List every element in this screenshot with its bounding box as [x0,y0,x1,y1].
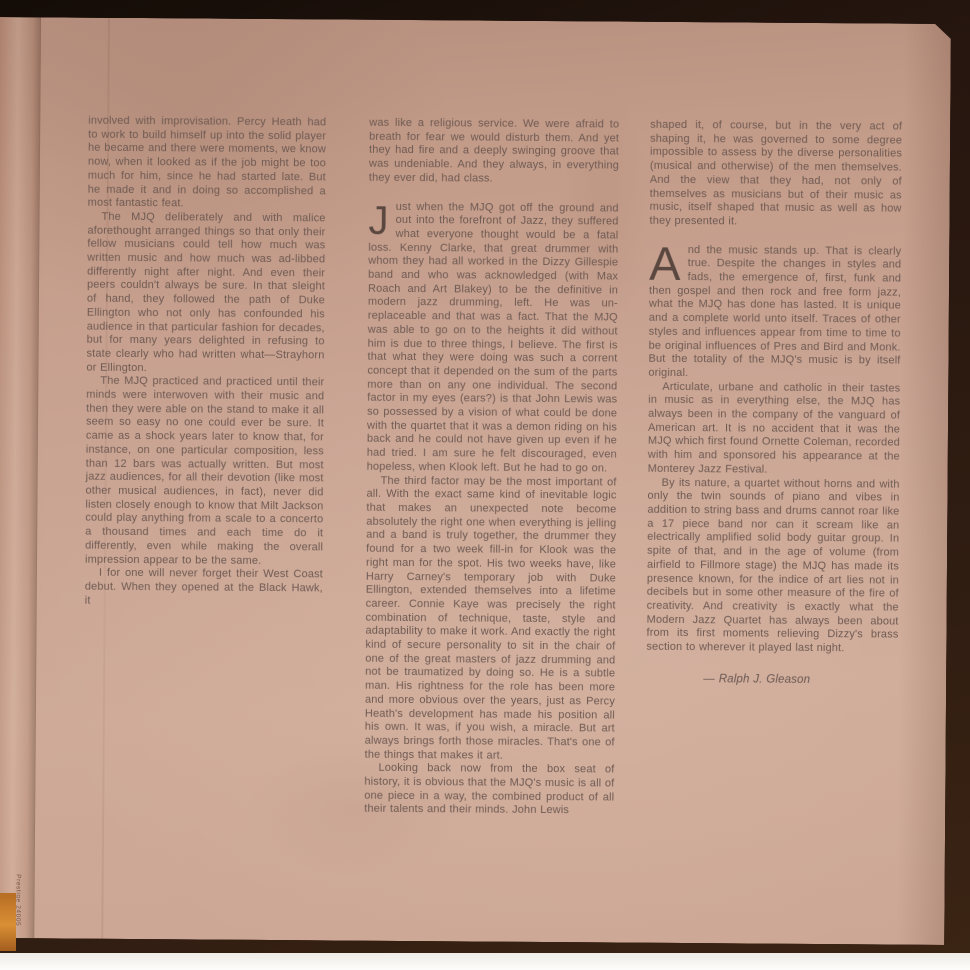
paragraph: The MJQ practiced and practiced until th… [85,375,324,569]
paragraph: Articulate, urbane and catholic in their… [648,380,901,478]
table-surface [0,953,970,970]
paragraph: involved with improvisation. Percy Heath… [88,115,327,213]
drop-cap-a: A [649,243,688,281]
liner-notes-page: Prestige 24005 involved with improvisati… [0,17,951,945]
drop-cap-j: J [368,200,395,236]
paragraph-with-drop-cap: And the music stands up. That is clearly… [648,243,901,382]
paragraph: I for one will never forget their West C… [85,567,323,610]
paragraph: The third factor may be the most importa… [365,474,617,764]
gatefold-crease [0,17,41,938]
liner-notes-text: involved with improvisation. Percy Heath… [83,115,902,821]
text-column-3: shaped it, of course, but in the very ac… [645,119,902,821]
author-signature: — Ralph J. Gleason [646,672,810,687]
photo-of-album-liner-notes: Prestige 24005 involved with improvisati… [0,0,970,970]
orange-object-edge [0,893,16,951]
paragraph-text: ust when the MJQ got off the ground and … [367,200,619,474]
paragraph-with-drop-cap: Just when the MJQ got off the ground and… [367,200,619,476]
paragraph: shaped it, of course, but in the very ac… [649,119,902,230]
text-column-1: involved with improvisation. Percy Heath… [83,115,326,817]
paragraph: was like a religious service. We were af… [369,117,619,187]
paragraph: By its nature, a quartet without horns a… [646,476,899,656]
paragraph: The MJQ deliberately and with malice afo… [86,211,325,377]
text-column-2: was like a religious service. We were af… [364,117,619,819]
paragraph: Looking back now from the box seat of hi… [364,762,614,819]
